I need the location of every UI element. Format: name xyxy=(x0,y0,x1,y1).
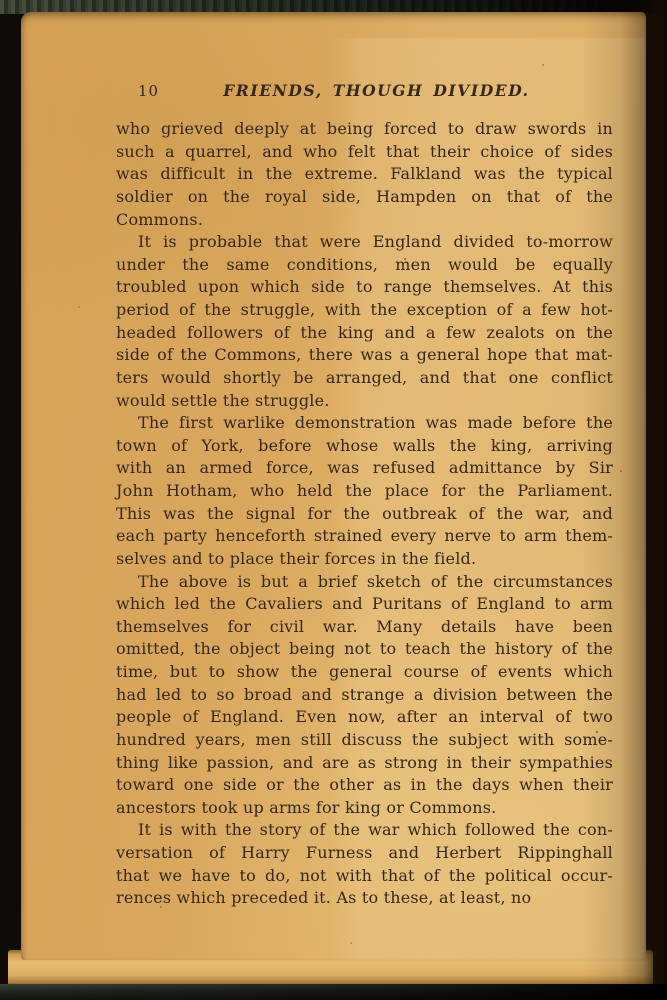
text-line: This was the signal for the outbreak of … xyxy=(116,503,613,526)
text-line: rences which preceded it. As to these, a… xyxy=(116,887,613,910)
paragraph: It is with the story of the war which fo… xyxy=(116,819,613,910)
page-body: who grieved deeply at being forced to dr… xyxy=(116,118,613,910)
paper-foxing-specks xyxy=(0,0,2,2)
text-line: soldier on the royal side, Hampden on th… xyxy=(116,186,613,209)
text-line: It is with the story of the war which fo… xyxy=(116,819,613,842)
text-line: It is probable that were England divided… xyxy=(116,231,613,254)
text-line: headed followers of the king and a few z… xyxy=(116,322,613,345)
text-line: toward one side or the other as in the d… xyxy=(116,774,613,797)
right-edge-shadow xyxy=(582,0,667,988)
text-line: Commons. xyxy=(116,209,613,232)
book-cover-bottom-edge xyxy=(0,984,667,1000)
text-line: town of York, before whose walls the kin… xyxy=(116,435,613,458)
text-line: hundred years, men still discuss the sub… xyxy=(116,729,613,752)
text-line: selves and to place their forces in the … xyxy=(116,548,613,571)
text-line: time, but to show the general course of … xyxy=(116,661,613,684)
paragraph: It is probable that were England divided… xyxy=(116,231,613,412)
page-content: 10 FRIENDS, THOUGH DIVIDED. who grieved … xyxy=(116,12,613,960)
text-line: The first warlike demonstration was made… xyxy=(116,412,613,435)
text-line: ters would shortly be arranged, and that… xyxy=(116,367,613,390)
text-line: themselves for civil war. Many details h… xyxy=(116,616,613,639)
running-title: FRIENDS, THOUGH DIVIDED. xyxy=(223,81,529,100)
page-header: 10 FRIENDS, THOUGH DIVIDED. xyxy=(116,81,613,103)
paragraph: The first warlike demonstration was made… xyxy=(116,412,613,570)
text-line: such a quarrel, and who felt that their … xyxy=(116,141,613,164)
text-line: people of England. Even now, after an in… xyxy=(116,706,613,729)
text-line: that we have to do, not with that of the… xyxy=(116,865,613,888)
text-line: period of the struggle, with the excepti… xyxy=(116,299,613,322)
book-page: 10 FRIENDS, THOUGH DIVIDED. who grieved … xyxy=(21,12,646,960)
paragraph: The above is but a brief sketch of the c… xyxy=(116,571,613,820)
text-line: John Hotham, who held the place for the … xyxy=(116,480,613,503)
text-line: The above is but a brief sketch of the c… xyxy=(116,571,613,594)
paragraph: who grieved deeply at being forced to dr… xyxy=(116,118,613,231)
text-line: versation of Harry Furness and Herbert R… xyxy=(116,842,613,865)
text-line: troubled upon which side to range themse… xyxy=(116,276,613,299)
text-line: which led the Cavaliers and Puritans of … xyxy=(116,593,613,616)
book-scan: 10 FRIENDS, THOUGH DIVIDED. who grieved … xyxy=(0,0,667,1000)
text-line: would settle the struggle. xyxy=(116,390,613,413)
text-line: omitted, the object being not to teach t… xyxy=(116,638,613,661)
text-line: thing like passion, and are as strong in… xyxy=(116,752,613,775)
text-line: who grieved deeply at being forced to dr… xyxy=(116,118,613,141)
text-line: was difficult in the extreme. Falkland w… xyxy=(116,163,613,186)
text-line: each party henceforth strained every ner… xyxy=(116,525,613,548)
page-number: 10 xyxy=(138,82,159,100)
text-line: had led to so broad and strange a divisi… xyxy=(116,684,613,707)
text-line: side of the Commons, there was a general… xyxy=(116,344,613,367)
text-line: with an armed force, was refused admitta… xyxy=(116,457,613,480)
text-line: ancestors took up arms for king or Commo… xyxy=(116,797,613,820)
text-line: under the same conditions, men would be … xyxy=(116,254,613,277)
